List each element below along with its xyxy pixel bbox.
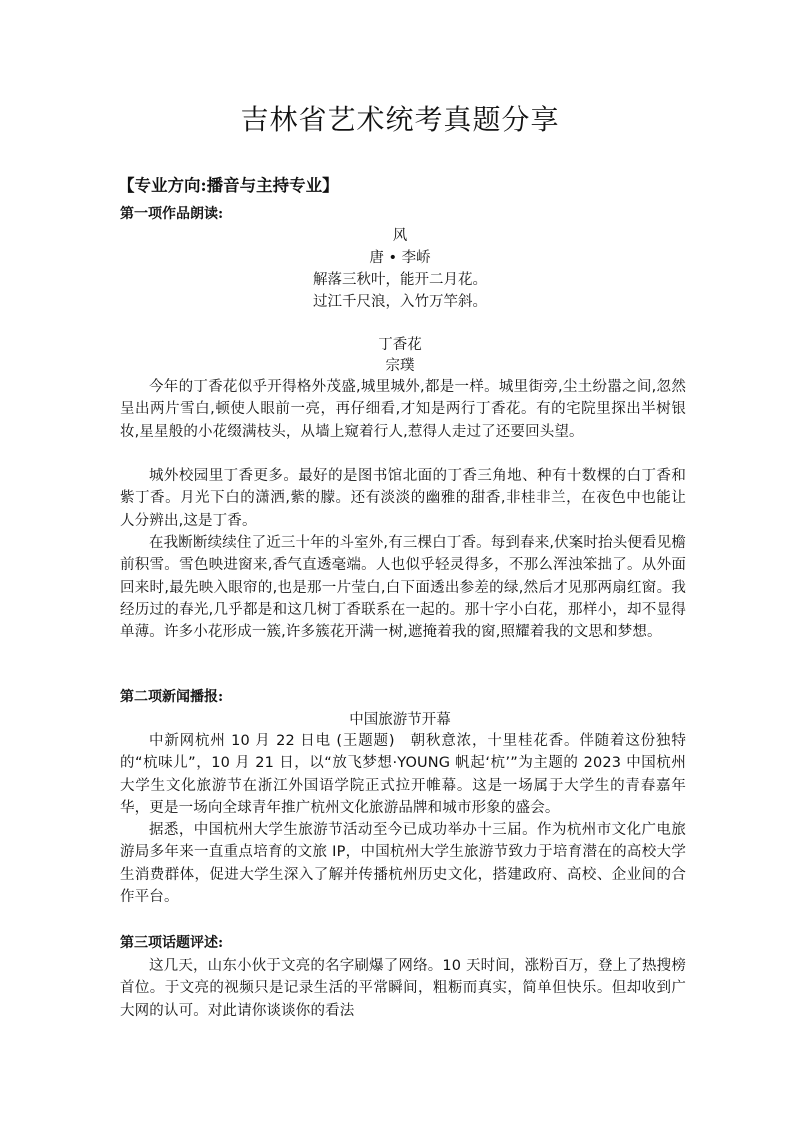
poem-title: 风 [0, 224, 800, 245]
section-1-heading: 第一项作品朗读: [120, 203, 223, 223]
prose-paragraph: 城外校园里丁香更多。最好的是图书馆北面的丁香三角地、种有十数棵的白丁香和紫丁香。… [120, 465, 686, 532]
prose-title: 丁香花 [0, 333, 800, 354]
news-paragraph: 中新网杭州 10 月 22 日电 (王题题) 朝秋意浓，十里桂花香。伴随着这份独… [120, 730, 686, 819]
section-3-heading: 第三项话题评述: [120, 932, 223, 952]
prose-paragraph: 在我断断续续住了近三十年的斗室外,有三棵白丁香。每到春来,伏案时抬头便看见檐前积… [120, 532, 686, 643]
document-title: 吉林省艺术统考真题分享 [0, 98, 800, 138]
document-page: 吉林省艺术统考真题分享 【专业方向:播音与主持专业】 第一项作品朗读: 风 唐 … [0, 0, 800, 1132]
poem-line: 过江千尺浪，入竹万竿斜。 [0, 290, 800, 311]
prose-paragraph: 今年的丁香花似乎开得格外茂盛,城里城外,都是一样。城里街旁,尘土纷嚣之间,忽然呈… [120, 376, 686, 443]
topic-paragraph: 这几天，山东小伙于文亮的名字刷爆了网络。10 天时间，涨粉百万，登上了热搜榜首位… [120, 955, 686, 1022]
section-2-heading: 第二项新闻播报: [120, 686, 223, 706]
major-direction: 【专业方向:播音与主持专业】 [118, 172, 339, 196]
poem-line: 解落三秋叶，能开二月花。 [0, 268, 800, 289]
news-title: 中国旅游节开幕 [0, 708, 800, 729]
news-paragraph: 据悉，中国杭州大学生旅游节活动至今已成功举办十三届。作为杭州市文化广电旅游局多年… [120, 819, 686, 908]
poem-author: 唐 • 李峤 [0, 246, 800, 267]
prose-author: 宗璞 [0, 354, 800, 375]
